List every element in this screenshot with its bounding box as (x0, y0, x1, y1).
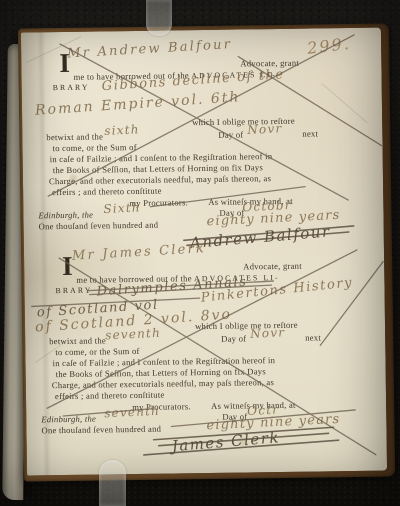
mounting-tab-top (146, 0, 172, 36)
printed-grant-text: Advocate, grant (243, 262, 302, 272)
brary-caps: BRARY (53, 84, 90, 93)
book-title-line2: Roman Empire vol. 6th (35, 90, 241, 118)
printed-next: next (305, 333, 321, 343)
printed-day-of: Day of (218, 130, 243, 140)
signed-day: seventh (104, 405, 160, 420)
printed-edinburgh: Edinburgh, the (41, 415, 96, 425)
printed-effeirs-text: effeirs ; and thereto conſtitute (52, 187, 162, 198)
printed-betwixt-text: betwixt and the (49, 336, 106, 346)
mounting-tab-bottom (99, 460, 126, 506)
printed-thousand: One thouſand ſeven hundred and (41, 425, 161, 436)
printed-day-of: Day of (221, 334, 246, 344)
loan-entry-2: I Mr James Clerk Advocate, grant me to h… (24, 252, 387, 476)
printed-sum-text: to come, or the Sum of (55, 347, 139, 358)
borrower-signature: James Clerk (171, 430, 280, 454)
due-day: seventh (105, 327, 161, 342)
due-month: Novr (247, 122, 283, 136)
printed-thousand: One thouſand ſeven hundred and (39, 221, 159, 232)
printed-next: next (302, 129, 318, 139)
due-day: sixth (104, 123, 140, 137)
due-month: Novr (250, 326, 286, 340)
brary-caps: BRARY (55, 287, 92, 296)
printed-sum-text: to come, or the Sum of (52, 143, 136, 154)
printed-betwixt-text: betwixt and the (46, 132, 103, 142)
borrower-name: Mr Andrew Balfour (67, 38, 232, 60)
signed-day: Sixth (103, 201, 141, 215)
printed-effeirs-text: effeirs ; and thereto conſtitute (55, 391, 165, 402)
page-edge-border: 299. I Mr Andrew Balfour Advocate, grant… (18, 23, 395, 481)
printed-edinburgh: Edinburgh, the (38, 211, 93, 221)
register-page: 299. I Mr Andrew Balfour Advocate, grant… (21, 28, 387, 476)
